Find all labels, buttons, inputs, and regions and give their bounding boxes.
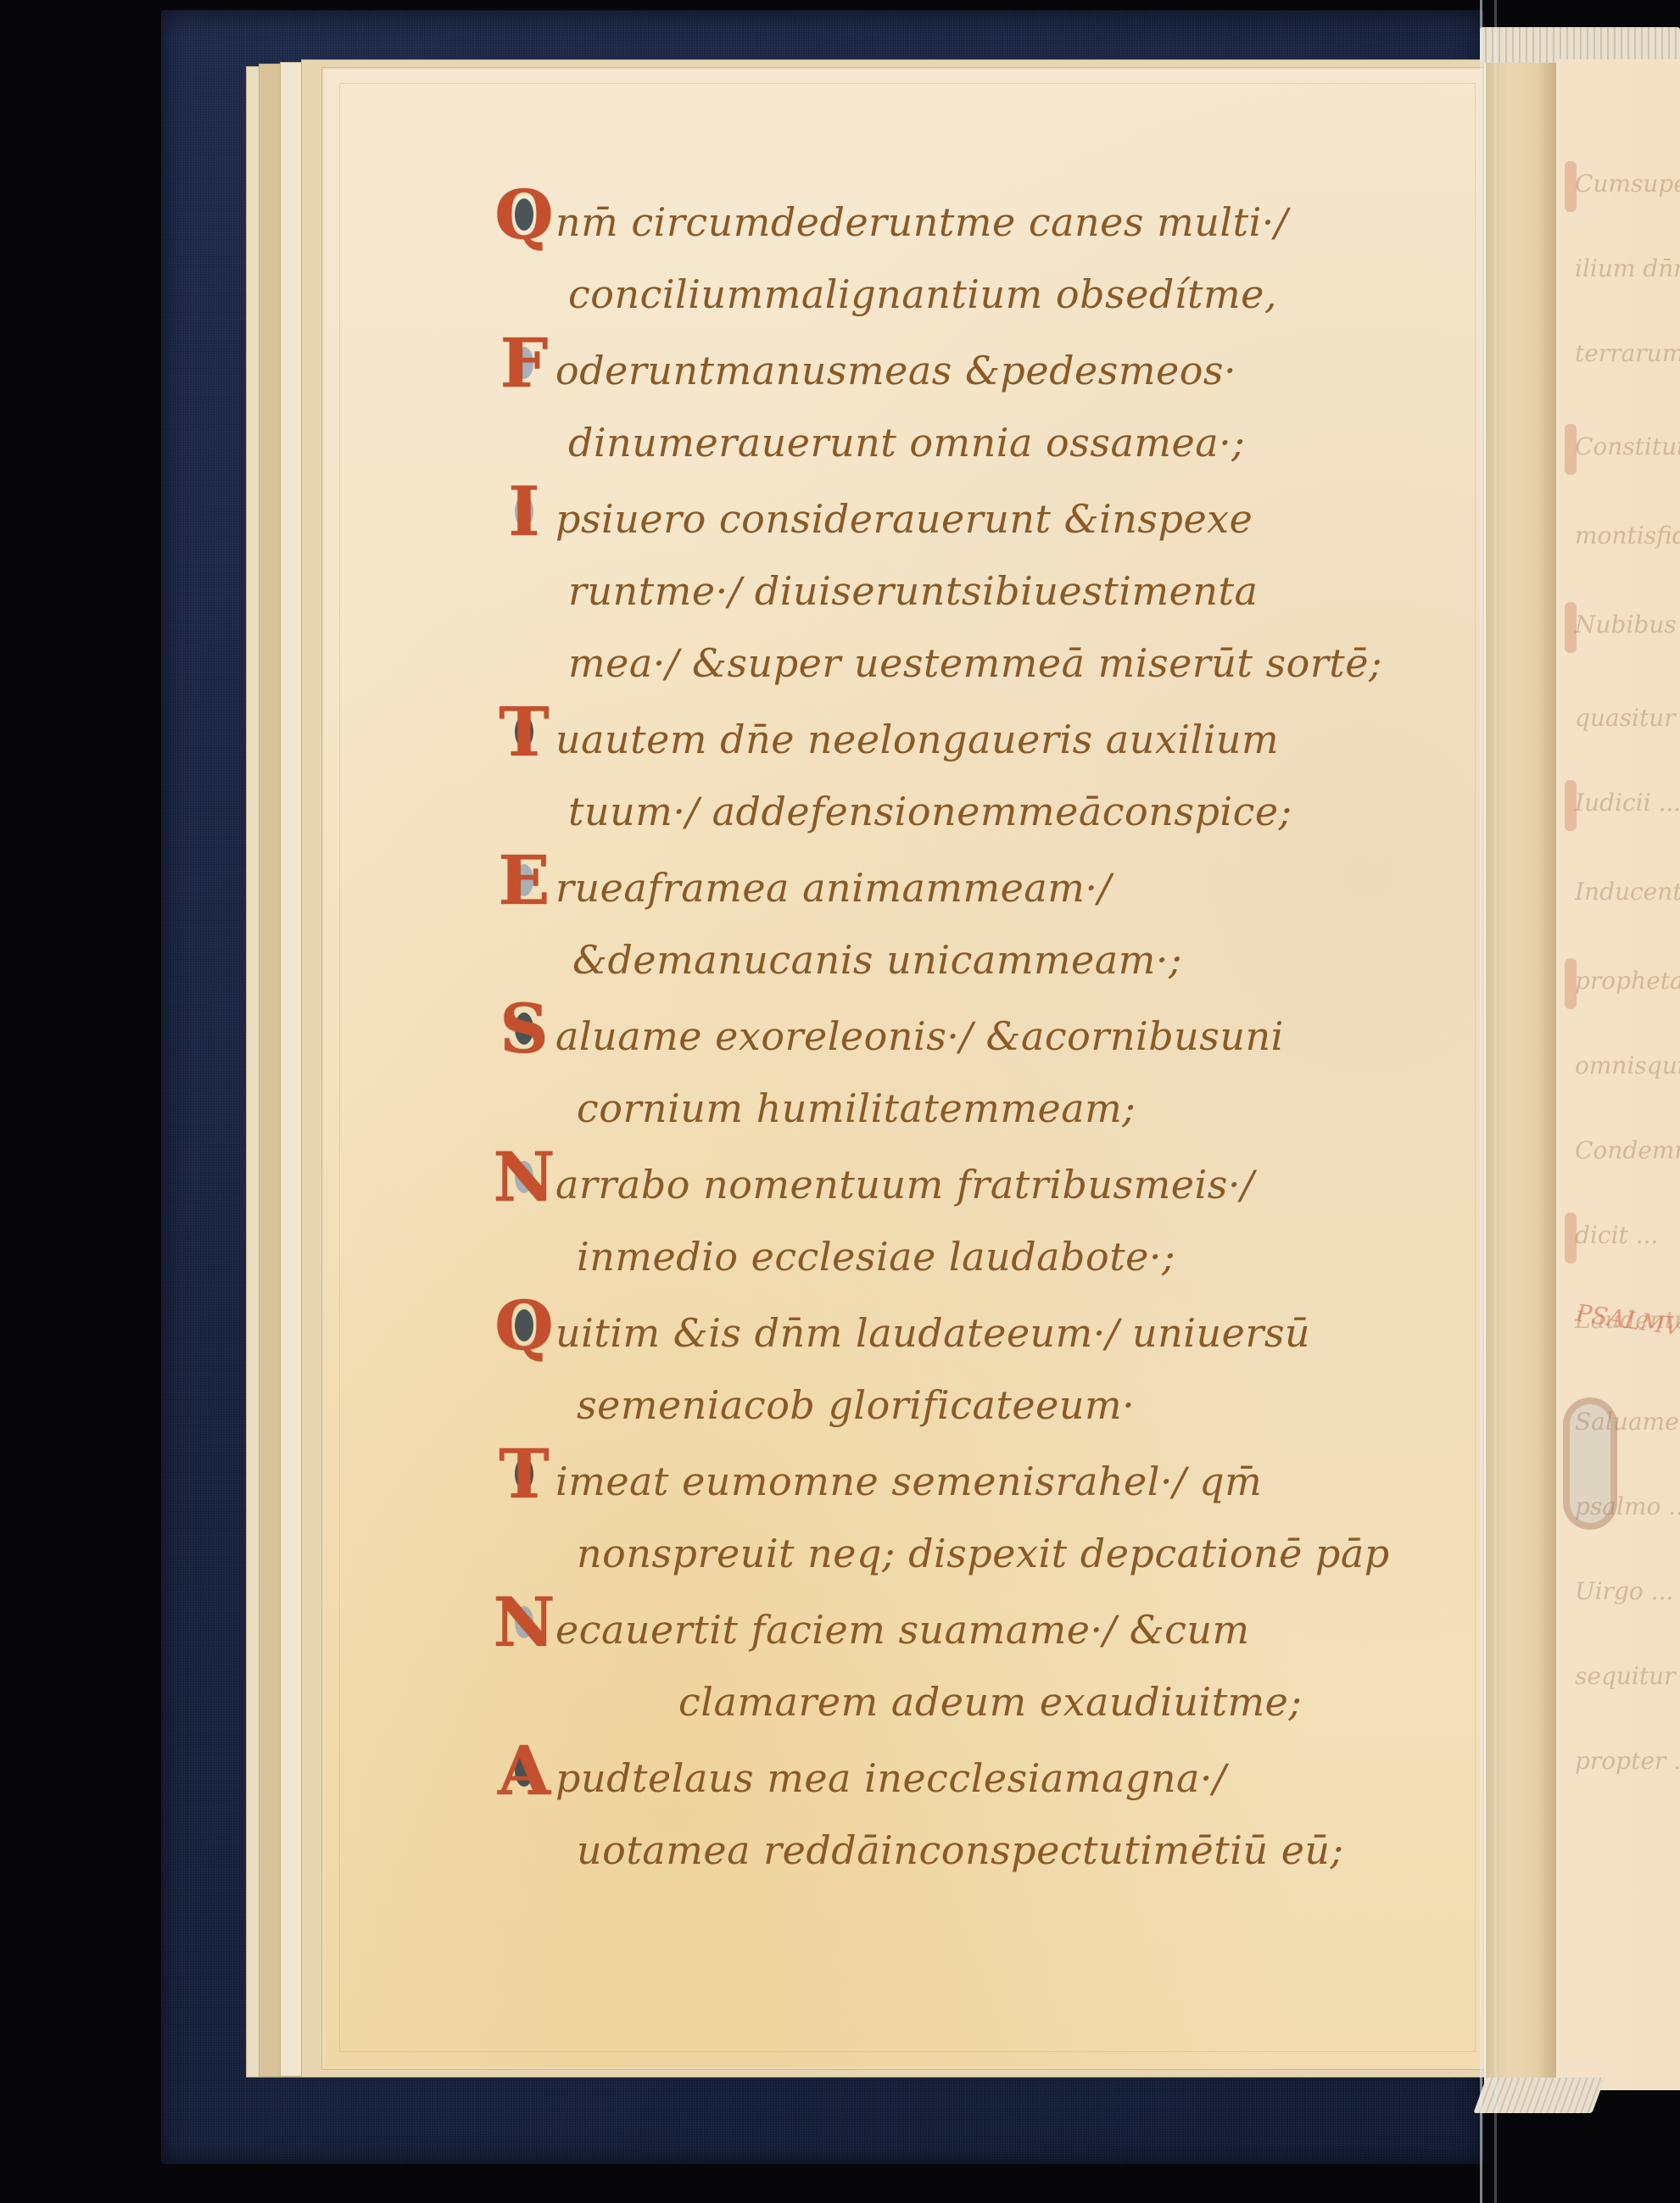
facing-page-line: Cumsuper... — [1575, 170, 1680, 198]
initial-letter: A — [498, 1731, 550, 1810]
decorated-initial-a: A — [496, 1730, 552, 1811]
manuscript-line: imeat eumomne semenisrahel·/ qm̄ — [555, 1458, 1262, 1504]
facing-initial-icon — [1565, 780, 1577, 831]
manuscript-line: conciliummalignantium obsedítme, — [568, 271, 1277, 317]
decorated-initial-t: T — [496, 691, 552, 772]
facing-page-line: Condemnatur ... — [1575, 1136, 1680, 1164]
decorated-initial-q: Q — [496, 174, 552, 255]
facing-page-line: sequitur ... — [1575, 1662, 1680, 1690]
text-block: Qnm̄ circumdederuntme canes multi·/conci… — [322, 68, 1484, 2069]
manuscript-line: &demanucanis unicammeam·; — [572, 937, 1182, 983]
manuscript-line: clamarem adeum exaudiuitme; — [678, 1679, 1302, 1725]
decorated-initial-n: N — [496, 1581, 552, 1663]
initial-letter: E — [499, 840, 550, 920]
binding-strap-top — [1480, 27, 1680, 63]
facing-page-line: Nubibus ... — [1575, 611, 1680, 639]
facing-page-line: montisfidei ... — [1575, 521, 1680, 549]
facing-initial-icon — [1565, 602, 1577, 653]
facing-page-line: Constituit ... — [1575, 432, 1680, 460]
manuscript-line: inmedio ecclesiae laudabote·; — [577, 1234, 1175, 1280]
facing-page-line: terrarum ... — [1575, 339, 1680, 367]
manuscript-line: dinumerauerunt omnia ossamea·; — [568, 420, 1245, 466]
manuscript-line: uotamea reddāinconspectutimētiū eū; — [577, 1827, 1344, 1873]
facing-page-line: prophetae ... — [1575, 967, 1680, 995]
decorated-initial-q: Q — [496, 1285, 552, 1366]
facing-page-line: psalmo ... — [1575, 1492, 1680, 1520]
facing-initial-icon — [1565, 424, 1577, 475]
manuscript-line: oderuntmanusmeas &pedesmeos· — [555, 348, 1236, 393]
manuscript-line: ecauertit faciem suamame·/ &cum — [555, 1607, 1250, 1653]
manuscript-line: uautem dn̄e neelongaueris auxilium — [555, 717, 1279, 762]
manuscript-line: nm̄ circumdederuntme canes multi·/ — [555, 199, 1288, 245]
manuscript-line: aluame exoreleonis·/ &acornibusuni — [555, 1013, 1284, 1059]
manuscript-line: psiuero considerauerunt &inspexe — [555, 496, 1253, 542]
manuscript-line: arrabo nomentuum fratribusmeis·/ — [555, 1162, 1254, 1207]
manuscript-line: tuum·/ addefensionemmeāconspice; — [568, 789, 1292, 834]
facing-initial-icon — [1565, 958, 1577, 1009]
manuscript-line: nonspreuit neq; dispexit depcationē pāp — [577, 1531, 1390, 1576]
decorated-initial-e: E — [496, 839, 552, 921]
binding-strap-bottom — [1473, 2078, 1605, 2113]
facing-page-line: Saluamentum ... — [1575, 1408, 1680, 1436]
initial-letter: Q — [494, 175, 554, 254]
facing-page-line: ilium dn̄m ... — [1575, 254, 1680, 282]
decorated-initial-f: F — [496, 322, 552, 404]
decorated-initial-n: N — [496, 1136, 552, 1218]
facing-page-line: Inducent ... — [1575, 878, 1680, 906]
initial-letter: I — [508, 471, 539, 551]
facing-initial-icon — [1565, 1213, 1577, 1263]
initial-letter: Q — [494, 1286, 554, 1365]
glass-plate-edge — [1480, 0, 1482, 2203]
facing-page-line: Uirgo ... — [1575, 1577, 1673, 1605]
initial-letter: N — [493, 1582, 555, 1662]
manuscript-line: cornium humilitatemmeam; — [577, 1085, 1136, 1131]
manuscript-line: runtme·/ diuiseruntsibiuestimenta — [568, 568, 1258, 614]
decorated-initial-i: I — [496, 471, 552, 552]
initial-letter: N — [493, 1137, 555, 1217]
facing-page-line: Iudicii ... — [1575, 789, 1680, 817]
manuscript-line: uitim &is dn̄m laudateeum·/ uniuersū — [555, 1310, 1310, 1356]
decorated-initial-s: S — [496, 988, 552, 1069]
manuscript-line: mea·/ &super uestemmeā miserūt sortē; — [568, 640, 1382, 686]
facing-initial-icon — [1565, 161, 1577, 212]
facing-page-line: quasitur ... — [1575, 704, 1680, 732]
facing-page: Cumsuper...ilium dn̄m ...terrarum ...Con… — [1556, 59, 1680, 2090]
manuscript-page: Qnm̄ circumdederuntme canes multi·/conci… — [322, 68, 1484, 2069]
initial-letter: T — [499, 1434, 550, 1514]
facing-page-line: omnisquidem ... — [1575, 1051, 1680, 1079]
initial-letter: T — [499, 692, 550, 772]
initial-letter: F — [500, 323, 549, 403]
manuscript-line: rueaframea animammeam·/ — [555, 865, 1112, 911]
initial-letter: S — [500, 989, 549, 1068]
facing-page-line: propter ... — [1575, 1747, 1680, 1775]
manuscript-line: pudtelaus mea inecclesiamagna·/ — [555, 1755, 1226, 1801]
facing-page-line: dicit ... — [1575, 1221, 1658, 1249]
glass-plate-edge — [1494, 0, 1497, 2203]
decorated-initial-t: T — [496, 1433, 552, 1514]
manuscript-line: semeniacob glorificateeum· — [577, 1382, 1135, 1428]
